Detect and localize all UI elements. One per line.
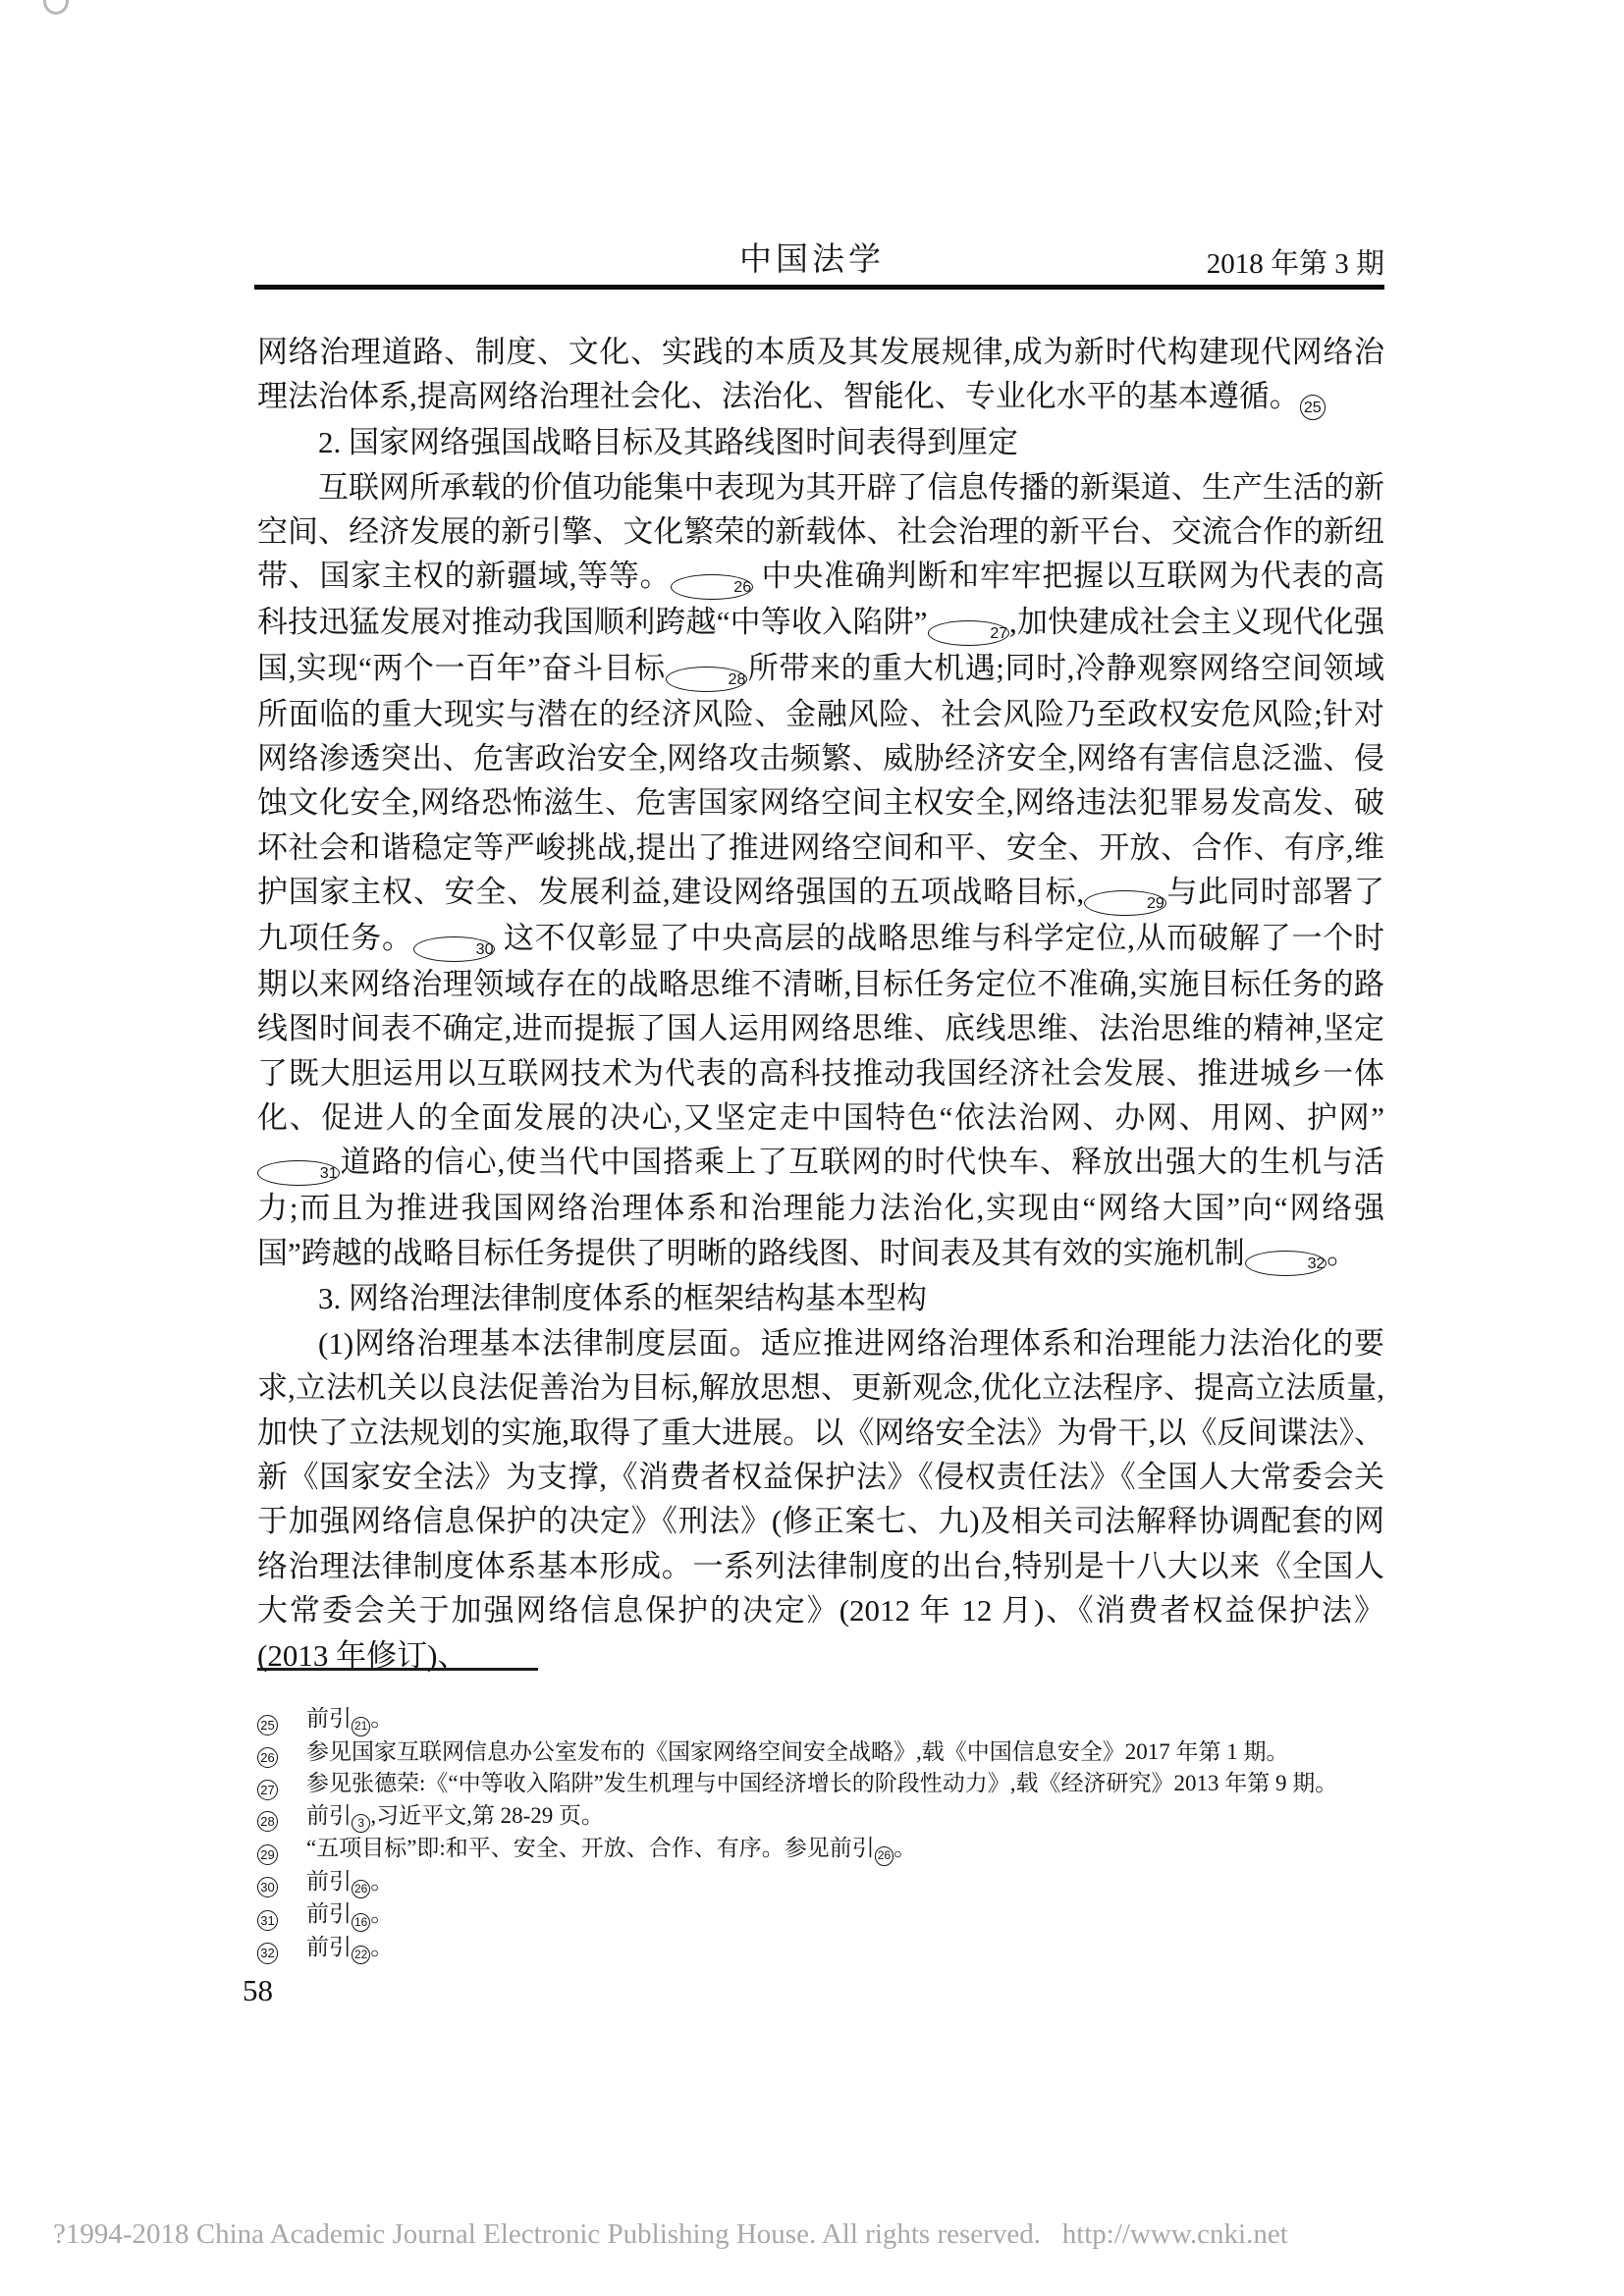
journal-page: 中国法学 2018 年第 3 期 网络治理道路、制度、文化、实践的本质及其发展规… [0,0,1624,2296]
footnote-row: 25 前引21。 [257,1703,1400,1736]
issue-label: 2018 年第 3 期 [1207,241,1384,282]
footnote-text: 前引26。 [306,1866,1400,1899]
footnote-marker: 32 [257,1932,306,1964]
article-body: 网络治理道路、制度、文化、实践的本质及其发展规律,成为新时代构建现代网络治理法治… [257,330,1384,1678]
footnote-divider [257,1668,538,1671]
footnote-row: 32 前引22。 [257,1932,1400,1965]
footnote-row: 31 前引16。 [257,1898,1400,1932]
footnote-row: 27 参见张德荣:《“中等收入陷阱”发生机理与中国经济增长的阶段性动力》,载《经… [257,1768,1400,1800]
footnote-text: 前引16。 [306,1898,1400,1932]
section-3-heading: 3. 网络治理法律制度体系的框架结构基本型构 [257,1276,1384,1320]
cnki-watermark: ?1994-2018 China Academic Journal Electr… [53,2218,1288,2251]
footnote-row: 29 “五项目标”即:和平、安全、开放、合作、有序。参见前引26。 [257,1833,1400,1866]
footnote-row: 28 前引3,习近平文,第 28-29 页。 [257,1800,1400,1834]
footnote-text: 参见张德荣:《“中等收入陷阱”发生机理与中国经济增长的阶段性动力》,载《经济研究… [306,1768,1400,1798]
footnote-text: 前引3,习近平文,第 28-29 页。 [306,1800,1400,1834]
scan-artifact [43,0,69,15]
footnote-row: 30 前引26。 [257,1866,1400,1899]
paragraph-continuation: 网络治理道路、制度、文化、实践的本质及其发展规律,成为新时代构建现代网络治理法治… [257,330,1384,420]
page-number: 58 [243,1973,273,2008]
footnotes-list: 25 前引21。 26 参见国家互联网信息办公室发布的《国家网络空间安全战略》,… [257,1703,1400,1964]
footnote-text: 前引21。 [306,1703,1400,1736]
footnote-row: 26 参见国家互联网信息办公室发布的《国家网络空间安全战略》,载《中国信息安全》… [257,1736,1400,1769]
footnote-marker: 28 [257,1800,306,1833]
footnote-marker: 26 [257,1736,306,1769]
footnote-marker: 30 [257,1866,306,1898]
footnote-text: 前引22。 [306,1932,1400,1965]
footnote-marker: 27 [257,1768,306,1800]
section-3-paragraph: (1)网络治理基本法律制度层面。适应推进网络治理体系和治理能力法治化的要求,立法… [257,1321,1384,1678]
header-divider [254,285,1384,290]
footnote-text: “五项目标”即:和平、安全、开放、合作、有序。参见前引26。 [306,1833,1400,1866]
section-2-paragraph: 互联网所承载的价值功能集中表现为其开辟了信息传播的新渠道、生产生活的新空间、经济… [257,465,1384,1277]
footnote-marker: 25 [257,1703,306,1735]
footnote-marker: 29 [257,1833,306,1865]
footnote-text: 参见国家互联网信息办公室发布的《国家网络空间安全战略》,载《中国信息安全》201… [306,1736,1400,1767]
section-2-heading: 2. 国家网络强国战略目标及其路线图时间表得到厘定 [257,420,1384,464]
footnote-marker: 31 [257,1898,306,1931]
